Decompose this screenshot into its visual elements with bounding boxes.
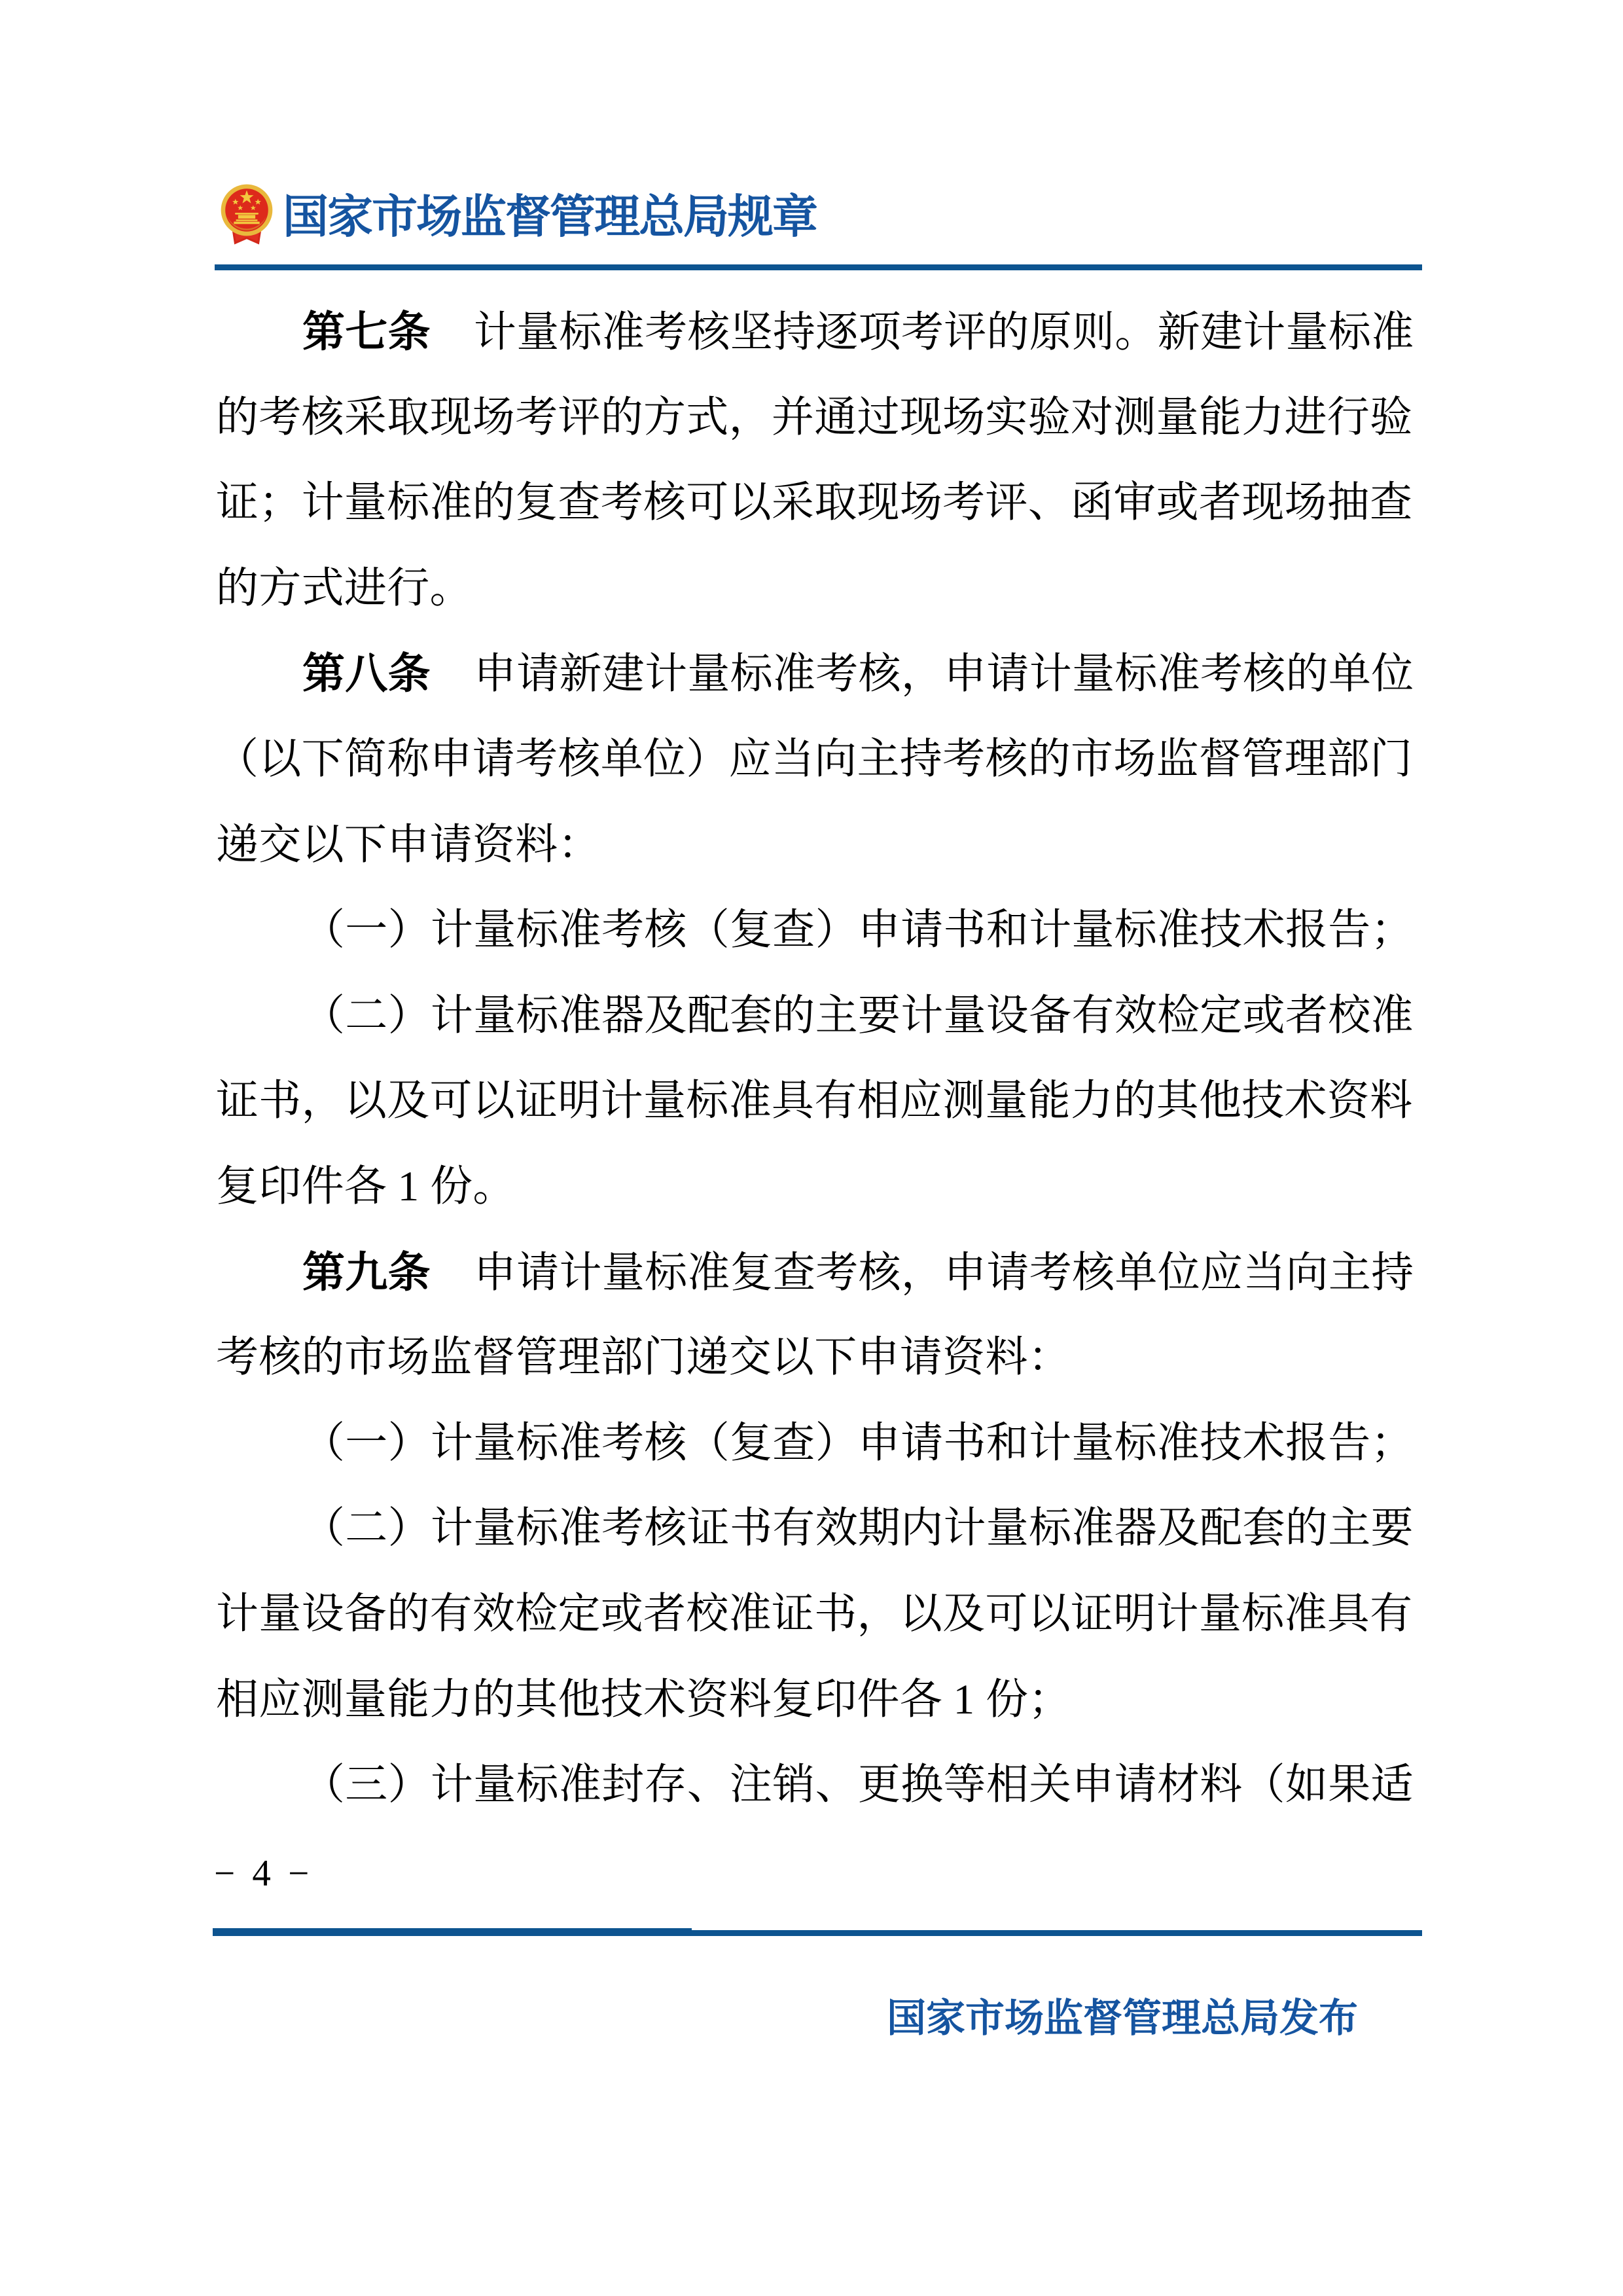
body-line: 第九条申请计量标准复查考核，申请考核单位应当向主持 <box>216 1230 1427 1316</box>
body-line: 的方式进行。 <box>216 546 1427 632</box>
page-number: − 4 − <box>214 1854 313 1894</box>
body-line: （三）计量标准封存、注销、更换等相关申请材料（如果适 <box>216 1742 1427 1828</box>
body-line: （一）计量标准考核（复查）申请书和计量标准技术报告； <box>216 1401 1427 1486</box>
body-line-text: 的考核采取现场考评的方式，并通过现场实验对测量能力进行验 <box>216 394 1412 441</box>
body-line: 第七条计量标准考核坚持逐项考评的原则。新建计量标准 <box>216 289 1427 375</box>
body-line-text: 相应测量能力的其他技术资料复印件各 1 份； <box>216 1676 1071 1723</box>
footer-rule <box>213 1928 692 1936</box>
body-line-text: 申请计量标准复查考核，申请考核单位应当向主持 <box>474 1249 1414 1297</box>
body-line-text: 递交以下申请资料： <box>216 821 601 869</box>
body-line-text: （二）计量标准器及配套的主要计量设备有效检定或者校准 <box>302 992 1414 1039</box>
body-line: 相应测量能力的其他技术资料复印件各 1 份； <box>216 1657 1427 1743</box>
body-line: 递交以下申请资料： <box>216 802 1427 888</box>
body-line: 复印件各 1 份。 <box>216 1144 1427 1230</box>
body-lines: 第七条计量标准考核坚持逐项考评的原则。新建计量标准的考核采取现场考评的方式，并通… <box>216 289 1427 1828</box>
footer-rule <box>692 1930 1422 1936</box>
body-line: （二）计量标准器及配套的主要计量设备有效检定或者校准 <box>216 973 1427 1059</box>
article-number: 第七条 <box>302 308 431 355</box>
body-line: （以下简称申请考核单位）应当向主持考核的市场监督管理部门 <box>216 717 1427 802</box>
body-line-text: 申请新建计量标准考核，申请计量标准考核的单位 <box>474 651 1414 698</box>
body-line-text: 的方式进行。 <box>216 565 473 612</box>
body-line: 的考核采取现场考评的方式，并通过现场实验对测量能力进行验 <box>216 375 1427 461</box>
article-number: 第九条 <box>302 1248 431 1296</box>
body-line: 计量设备的有效检定或者校准证书，以及可以证明计量标准具有 <box>216 1571 1427 1657</box>
body-line-text: 证书，以及可以证明计量标准具有相应测量能力的其他技术资料 <box>216 1077 1412 1124</box>
body-line: 第八条申请新建计量标准考核，申请计量标准考核的单位 <box>216 631 1427 717</box>
body-line-text: （以下简称申请考核单位）应当向主持考核的市场监督管理部门 <box>216 736 1412 783</box>
body-line-text: （一）计量标准考核（复查）申请书和计量标准技术报告； <box>302 1420 1414 1467</box>
body-line-text: （二）计量标准考核证书有效期内计量标准器及配套的主要 <box>302 1505 1414 1552</box>
publisher-label: 国家市场监督管理总局发布 <box>887 1995 1358 2042</box>
body-line: 证书，以及可以证明计量标准具有相应测量能力的其他技术资料 <box>216 1058 1427 1144</box>
body-line-text: 复印件各 1 份。 <box>216 1163 516 1210</box>
body-line-text: 考核的市场监督管理部门递交以下申请资料： <box>216 1334 1071 1381</box>
body-line: （一）计量标准考核（复查）申请书和计量标准技术报告； <box>216 888 1427 973</box>
body-line-text: （一）计量标准考核（复查）申请书和计量标准技术报告； <box>302 906 1414 954</box>
china-national-emblem-icon <box>220 183 274 249</box>
body-line: 考核的市场监督管理部门递交以下申请资料： <box>216 1315 1427 1401</box>
body-line-text: 计量设备的有效检定或者校准证书，以及可以证明计量标准具有 <box>216 1590 1412 1638</box>
body-line-text: （三）计量标准封存、注销、更换等相关申请材料（如果适 <box>302 1761 1414 1808</box>
header-title: 国家市场监督管理总局规章 <box>283 188 817 247</box>
body-line: 证；计量标准的复查考核可以采取现场考评、函审或者现场抽查 <box>216 460 1427 546</box>
article-number: 第八条 <box>302 649 431 697</box>
body-line-text: 计量标准考核坚持逐项考评的原则。新建计量标准 <box>474 309 1414 356</box>
body-line-text: 证；计量标准的复查考核可以采取现场考评、函审或者现场抽查 <box>216 479 1412 526</box>
document-page: 国家市场监督管理总局规章 第七条计量标准考核坚持逐项考评的原则。新建计量标准的考… <box>0 0 1623 2296</box>
header-rule <box>215 264 1422 270</box>
body-line: （二）计量标准考核证书有效期内计量标准器及配套的主要 <box>216 1486 1427 1571</box>
